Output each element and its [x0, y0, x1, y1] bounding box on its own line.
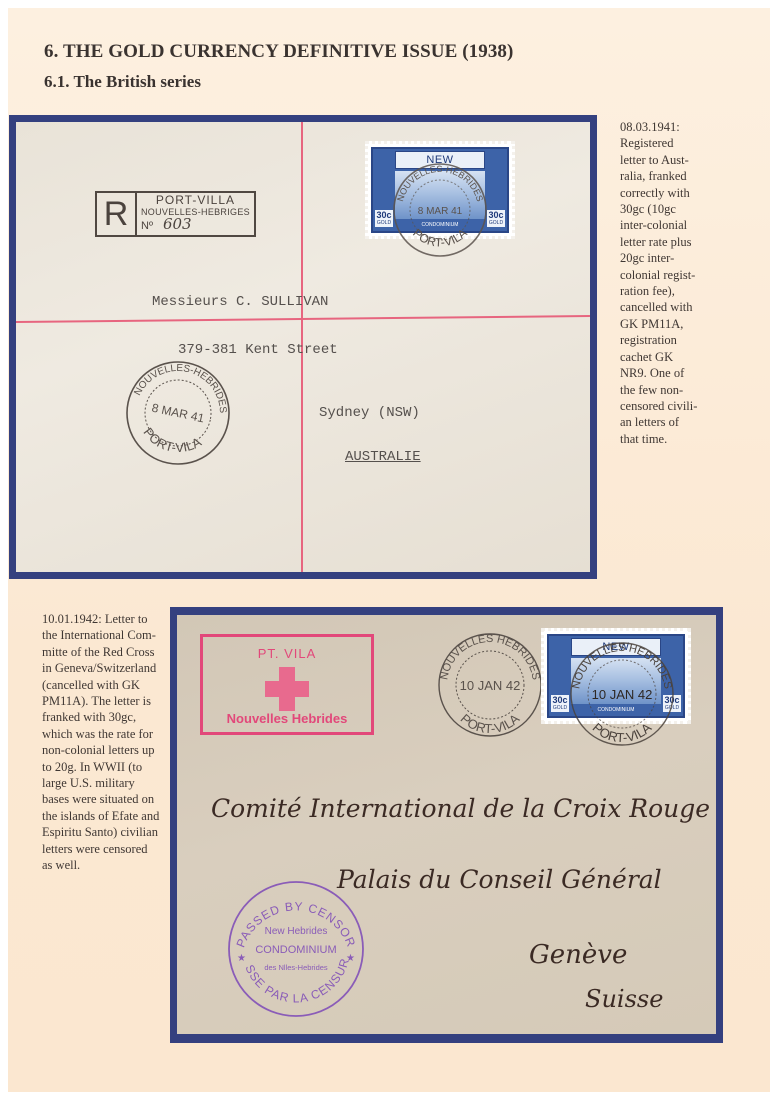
- caption-line: mitte of the Red Cross: [42, 644, 159, 660]
- svg-text:8 MAR 41: 8 MAR 41: [418, 206, 463, 217]
- address-line-2: 379-381 Kent Street: [178, 342, 338, 358]
- postmark-cover-2: NOUVELLES HEBRIDES PORT-VILA 10 JAN 42: [435, 630, 545, 740]
- caption-line: letters were censored: [42, 841, 159, 857]
- svg-text:★: ★: [346, 953, 355, 964]
- svg-text:des Nlles-Hebrides: des Nlles-Hebrides: [264, 963, 328, 972]
- caption-line: letter rate plus: [620, 234, 697, 250]
- album-page: 6. THE GOLD CURRENCY DEFINITIVE ISSUE (1…: [8, 8, 770, 1092]
- red-cross-icon-bar: [265, 681, 309, 697]
- page-subtitle: 6.1. The British series: [44, 72, 201, 92]
- caption-line: NR9. One of: [620, 365, 697, 381]
- caption-line: Registered: [620, 135, 697, 151]
- registration-number: 603: [163, 215, 192, 233]
- cover-2-caption: 10.01.1942: Letter tothe International C…: [42, 611, 159, 874]
- svg-text:PORT-VILA: PORT-VILA: [458, 711, 523, 736]
- svg-text:PASSED BY CENSOR: PASSED BY CENSOR: [233, 899, 358, 949]
- svg-text:PORT-VILA: PORT-VILA: [138, 423, 207, 461]
- registration-office: PORT-VILLA: [141, 194, 250, 206]
- svg-text:NOUVELLES-HEBRIDES: NOUVELLES-HEBRIDES: [395, 164, 485, 203]
- svg-text:PORT-VILA: PORT-VILA: [590, 720, 655, 745]
- address-line-1: Messieurs C. SULLIVAN: [152, 294, 328, 310]
- caption-line: letter to Aust-: [620, 152, 697, 168]
- svg-text:CONDOMINIUM: CONDOMINIUM: [255, 944, 336, 956]
- red-cross-cachet: PT. VILA Nouvelles Hebrides: [200, 634, 374, 735]
- caption-line: registration: [620, 332, 697, 348]
- caption-line: GK PM11A,: [620, 316, 697, 332]
- svg-text:PORT-VILA: PORT-VILA: [410, 226, 470, 250]
- caption-line: (cancelled with GK: [42, 677, 159, 693]
- address-line-4: AUSTRALIE: [345, 449, 421, 465]
- address-line-1: Comité International de la Croix Rouge: [211, 794, 710, 823]
- svg-text:NOUVELLES HEBRIDES: NOUVELLES HEBRIDES: [570, 642, 673, 690]
- cover-2-mount: PT. VILA Nouvelles Hebrides NOUVELLES HE…: [170, 607, 723, 1043]
- caption-line: correctly with: [620, 185, 697, 201]
- svg-text:10 JAN 42: 10 JAN 42: [592, 687, 653, 702]
- caption-line: ration fee),: [620, 283, 697, 299]
- svg-text:New Hebrides: New Hebrides: [265, 926, 328, 937]
- caption-line: the islands of Efate and: [42, 808, 159, 824]
- caption-line: 08.03.1941:: [620, 119, 697, 135]
- postmark-cover-1: NOUVELLES-HEBRIDES PORT-VILA 8 MAR 41: [113, 348, 243, 478]
- caption-line: large U.S. military: [42, 775, 159, 791]
- caption-line: inter-colonial: [620, 217, 697, 233]
- caption-line: Espiritu Santo) civilian: [42, 824, 159, 840]
- cover-2-envelope: PT. VILA Nouvelles Hebrides NOUVELLES HE…: [177, 615, 716, 1034]
- registration-no-label: Nº: [141, 220, 153, 232]
- address-line-4: Suisse: [585, 985, 663, 1013]
- caption-line: bases were situated on: [42, 791, 159, 807]
- caption-line: an letters of: [620, 414, 697, 430]
- address-line-2: Palais du Conseil Général: [337, 865, 662, 894]
- caption-line: the International Com-: [42, 627, 159, 643]
- caption-line: franked with 30gc,: [42, 709, 159, 725]
- svg-text:NOUVELLES HEBRIDES: NOUVELLES HEBRIDES: [438, 633, 541, 681]
- cover-1-envelope: R PORT-VILLA NOUVELLES-HEBRIGES Nº603 NE…: [16, 122, 590, 572]
- caption-line: ralia, franked: [620, 168, 697, 184]
- caption-line: cachet GK: [620, 349, 697, 365]
- registration-territory: NOUVELLES-HEBRIGES: [141, 206, 250, 218]
- caption-line: 30gc (10gc: [620, 201, 697, 217]
- postmark-on-stamp-cover-2: NOUVELLES HEBRIDES PORT-VILA 10 JAN 42: [567, 639, 677, 749]
- svg-text:8 MAR 41: 8 MAR 41: [150, 401, 205, 426]
- address-line-3: Genève: [529, 940, 627, 970]
- page-title: 6. THE GOLD CURRENCY DEFINITIVE ISSUE (1…: [44, 41, 513, 63]
- postmark-on-stamp-cover-1: NOUVELLES-HEBRIDES PORT-VILA 8 MAR 41: [390, 160, 490, 260]
- caption-line: the few non-: [620, 382, 697, 398]
- caption-line: 20gc inter-: [620, 250, 697, 266]
- caption-line: non-colonial letters up: [42, 742, 159, 758]
- cover-1-caption: 08.03.1941:Registeredletter to Aust-rali…: [620, 119, 697, 447]
- red-cross-cachet-top: PT. VILA: [203, 646, 371, 661]
- caption-line: PM11A). The letter is: [42, 693, 159, 709]
- caption-line: to 20g. In WWII (to: [42, 759, 159, 775]
- registration-r: R: [97, 193, 137, 235]
- address-line-3: Sydney (NSW): [319, 405, 420, 421]
- caption-line: 10.01.1942: Letter to: [42, 611, 159, 627]
- caption-line: which was the rate for: [42, 726, 159, 742]
- caption-line: censored civili-: [620, 398, 697, 414]
- caption-line: in Geneva/Switzerland: [42, 660, 159, 676]
- caption-line: cancelled with: [620, 299, 697, 315]
- caption-line: colonial regist-: [620, 267, 697, 283]
- svg-text:★: ★: [237, 953, 246, 964]
- censor-mark: PASSED BY CENSOR PASSE PAR LA CENSURE ★ …: [226, 879, 366, 1019]
- caption-line: that time.: [620, 431, 697, 447]
- caption-line: as well.: [42, 857, 159, 873]
- cover-1-mount: R PORT-VILLA NOUVELLES-HEBRIGES Nº603 NE…: [9, 115, 597, 579]
- red-cross-cachet-bottom: Nouvelles Hebrides: [203, 711, 371, 726]
- svg-text:10 JAN 42: 10 JAN 42: [460, 678, 521, 693]
- registration-label: R PORT-VILLA NOUVELLES-HEBRIGES Nº603: [95, 191, 256, 237]
